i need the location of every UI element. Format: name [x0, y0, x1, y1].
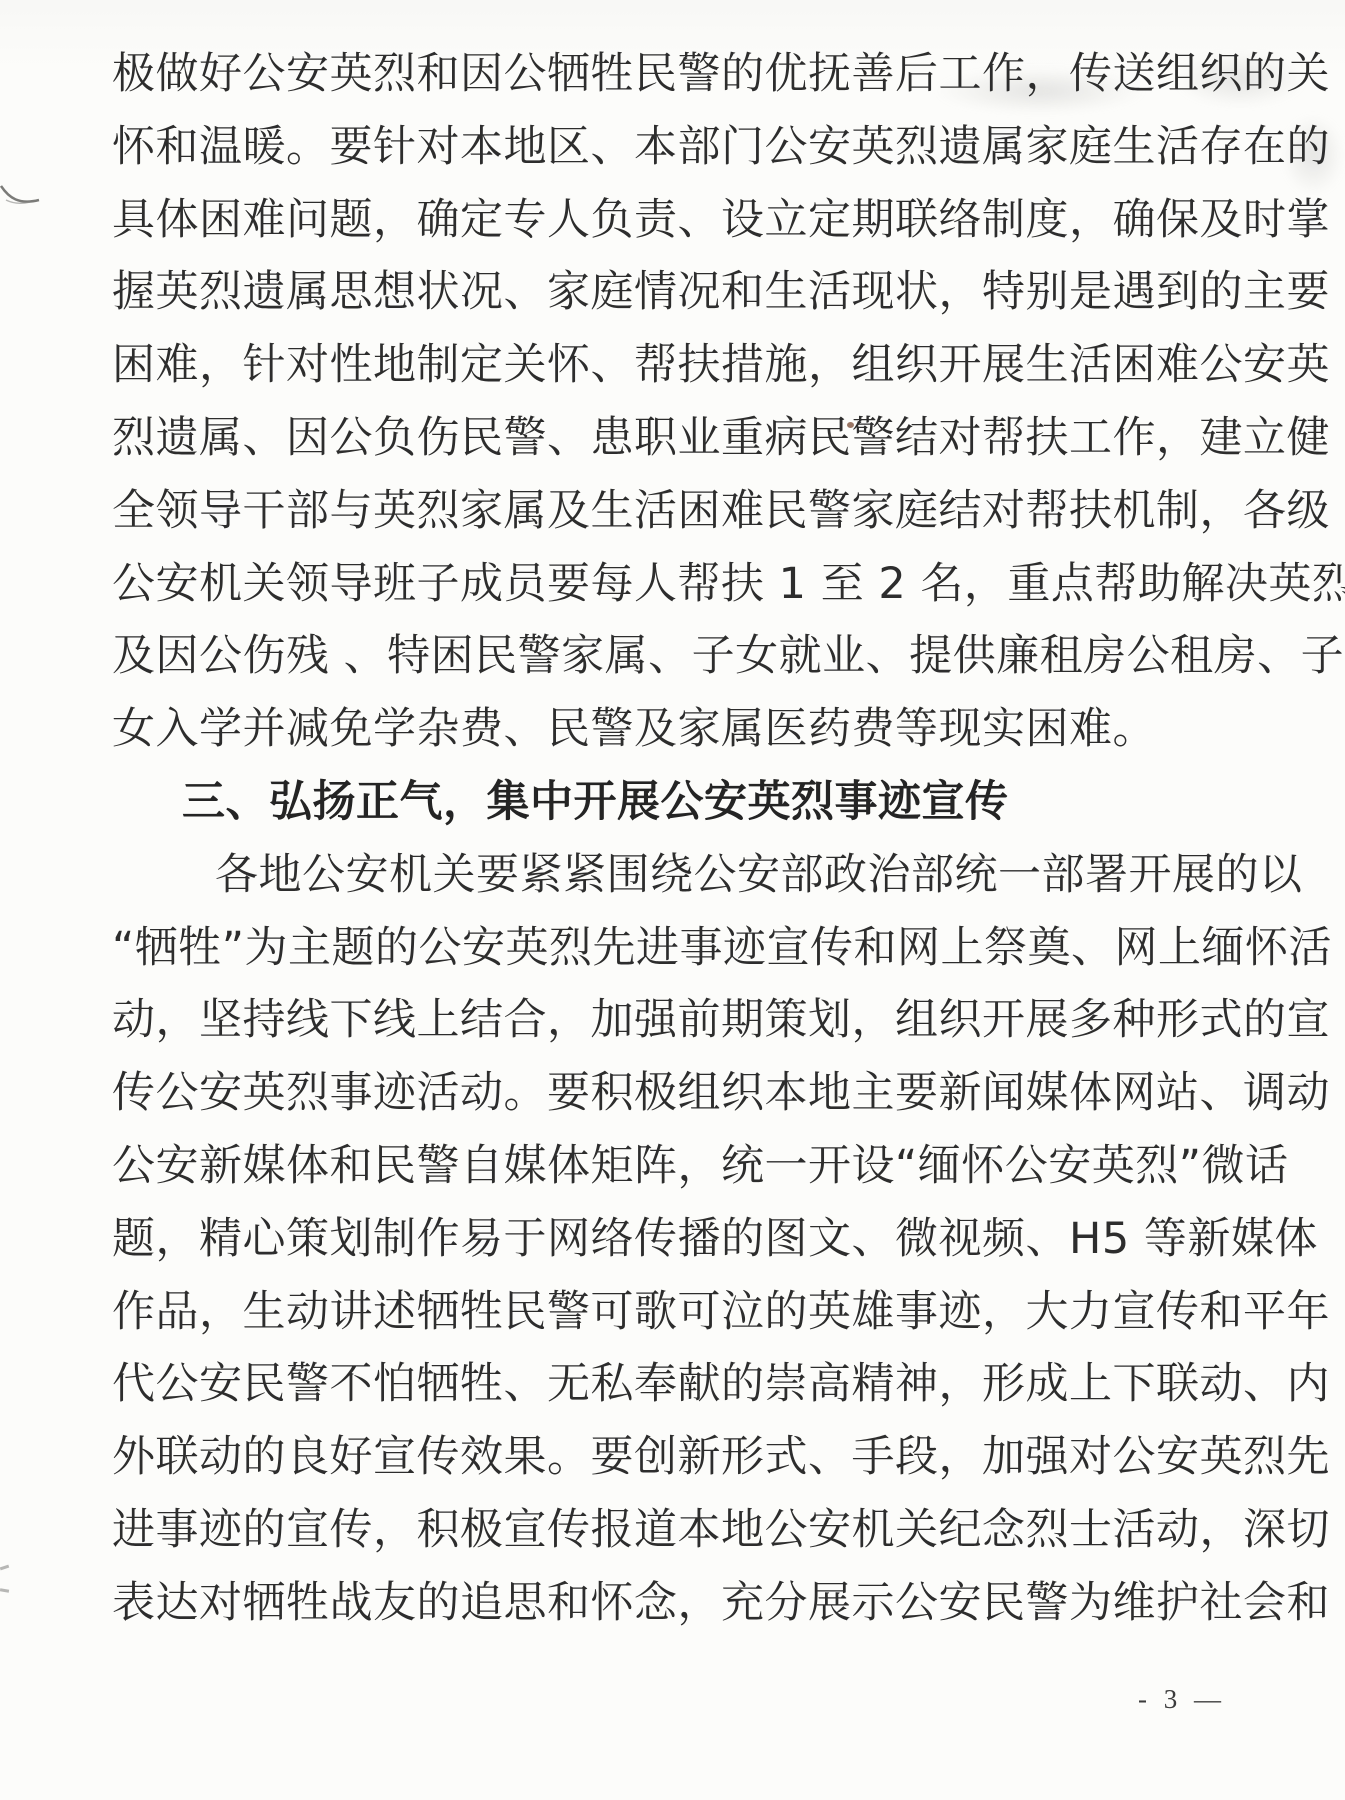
body-line: “牺牲”为主题的公安英烈先进事迹宣传和网上祭奠、网上缅怀活 [112, 912, 1244, 985]
body-line: 怀和温暖。要针对本地区、本部门公安英烈遗属家庭生活存在的 [112, 111, 1244, 184]
body-line: 表达对牺牲战友的追思和怀念，充分展示公安民警为维护社会和 [112, 1567, 1244, 1640]
body-line: 进事迹的宣传，积极宣传报道本地公安机关纪念烈士活动，深切 [112, 1494, 1244, 1567]
body-line: 动，坚持线下线上结合，加强前期策划，组织开展多种形式的宣 [112, 984, 1244, 1057]
body-line: 作品，生动讲述牺牲民警可歌可泣的英雄事迹，大力宣传和平年 [112, 1276, 1244, 1349]
scan-edge-tick [0, 1565, 9, 1571]
body-line: 烈遗属、因公负伤民警、患职业重病民警结对帮扶工作，建立健 [112, 402, 1244, 475]
scan-edge-tick [0, 1588, 9, 1593]
body-line: 公安机关领导班子成员要每人帮扶 1 至 2 名，重点帮助解决英烈 [112, 548, 1244, 621]
body-line: 全领导干部与英烈家属及生活困难民警家庭结对帮扶机制，各级 [112, 475, 1244, 548]
body-line: 握英烈遗属思想状况、家庭情况和生活现状，特别是遇到的主要 [112, 256, 1244, 329]
body-line: 公安新媒体和民警自媒体矩阵，统一开设“缅怀公安英烈”微话 [112, 1130, 1244, 1203]
body-line: 具体困难问题，确定专人负责、设立定期联络制度，确保及时掌 [112, 184, 1244, 257]
section-heading: 三、弘扬正气，集中开展公安英烈事迹宣传 [112, 766, 1244, 839]
body-line: 困难，针对性地制定关怀、帮扶措施，组织开展生活困难公安英 [112, 329, 1244, 402]
body-line: 代公安民警不怕牺牲、无私奉献的崇高精神，形成上下联动、内 [112, 1348, 1244, 1421]
page-number: - 3 — [1138, 1684, 1226, 1715]
body-line: 题，精心策划制作易于网络传播的图文、微视频、H5 等新媒体 [112, 1203, 1244, 1276]
body-line: 极做好公安英烈和因公牺牲民警的优抚善后工作，传送组织的关 [112, 38, 1244, 111]
body-line: 女入学并减免学杂费、民警及家属医药费等现实困难。 [112, 693, 1244, 766]
text-block: 极做好公安英烈和因公牺牲民警的优抚善后工作，传送组织的关 怀和温暖。要针对本地区… [112, 38, 1244, 1640]
document-page: 极做好公安英烈和因公牺牲民警的优抚善后工作，传送组织的关 怀和温暖。要针对本地区… [0, 0, 1345, 1800]
body-line: 传公安英烈事迹活动。要积极组织本地主要新闻媒体网站、调动 [112, 1057, 1244, 1130]
scan-pen-mark [0, 178, 42, 208]
body-line: 外联动的良好宣传效果。要创新形式、手段，加强对公安英烈先 [112, 1421, 1244, 1494]
body-line: 各地公安机关要紧紧围绕公安部政治部统一部署开展的以 [112, 839, 1244, 912]
body-line: 及因公伤残 、特困民警家属、子女就业、提供廉租房公租房、子 [112, 620, 1244, 693]
